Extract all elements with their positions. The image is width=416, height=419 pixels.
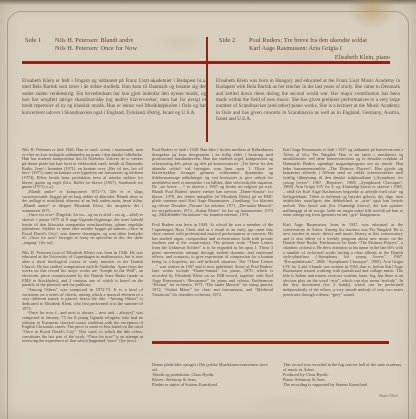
side1-track-2: Nils H. Petersen: Once for Now <box>55 45 137 53</box>
side2-label: Side 2 <box>219 37 235 45</box>
notes-column-karl-aage-rasmussen: Karl Aage Rasmussen er født i 1947 og ud… <box>283 148 403 297</box>
side2-tracklist: Poul Ruders: Tre breve fra den ukendte s… <box>249 37 367 52</box>
rasmussen-english-par: Karl Aage Rasmussen, born in 1947, was e… <box>283 223 403 298</box>
album-back-cover: Side 1 Nils H. Petersen: Blandt andre Ni… <box>0 0 416 419</box>
vertical-divider-rule <box>206 37 208 142</box>
performer-credit: Elisabeth Klein, piano <box>270 54 390 61</box>
side2-track-2: Karl Aage Rasmussen: Aria Grigia I <box>249 45 367 53</box>
credit-line: Pladen er støttet af Statens Kunstfond. <box>152 382 273 387</box>
notes-column-poul-ruders: Poul Ruders er født i 1949. Han blev i s… <box>152 148 273 297</box>
production-credits-english: This record was recorded in the big conc… <box>283 362 403 387</box>
side1-track-1: Nils H. Petersen: Blandt andre <box>55 37 137 45</box>
nils-danish-par-2: „Blandt andre“ er komponeret 1972-73. De… <box>22 190 143 213</box>
ruders-english-par: Poul Ruders was born in 1949. At school … <box>152 223 273 298</box>
nils-english-par-1: Nils H. Petersen (son of Elisabeth Klein… <box>22 251 143 288</box>
rasmussen-danish-par: Karl Aage Rasmussen er født i 1947 og ud… <box>283 148 403 218</box>
horizontal-rule-bottom <box>152 341 389 344</box>
side1-label: Side 1 <box>25 37 41 45</box>
side1-tracklist: Nils H. Petersen: Blandt andre Nils H. P… <box>55 37 137 52</box>
paper-stain <box>230 390 350 412</box>
intro-paragraph-danish: Elisabeth Klein er født i Ungarn og udda… <box>22 78 206 116</box>
side2-track-1: Poul Ruders: Tre breve fra den ukendte s… <box>249 37 367 45</box>
nils-english-par-2: “Among Others” was composed in 1972-73. … <box>22 288 143 311</box>
ruders-danish-par: Poul Ruders er født i 1949. Han blev i s… <box>152 148 273 218</box>
printer-mark: Høyer Offset <box>352 394 398 398</box>
production-credits-danish: Denne plade blev optaget i Det jydske Mu… <box>152 362 273 387</box>
nils-english-par-3: “Once for now (– and now is always – now… <box>22 311 143 344</box>
credit-line: This record was recorded in the big conc… <box>283 362 403 372</box>
nils-danish-par-3: „Once for now“ (Engelsk: for nu – og nu … <box>22 213 143 246</box>
nils-danish-par-1: Nils H. Petersen er født 1946. Han er ca… <box>22 148 143 190</box>
credit-line: Denne plade blev optaget i Det jydske Mu… <box>152 362 273 372</box>
notes-column-nils-petersen: Nils H. Petersen er født 1946. Han er ca… <box>22 148 143 344</box>
paper-stain <box>150 30 210 56</box>
credit-line: The recording is supported by Statens Ku… <box>283 382 403 387</box>
sleeve-top-edge <box>0 0 416 5</box>
intro-paragraph-english: Elisabeth Klein was born in Hungary and … <box>216 78 400 122</box>
